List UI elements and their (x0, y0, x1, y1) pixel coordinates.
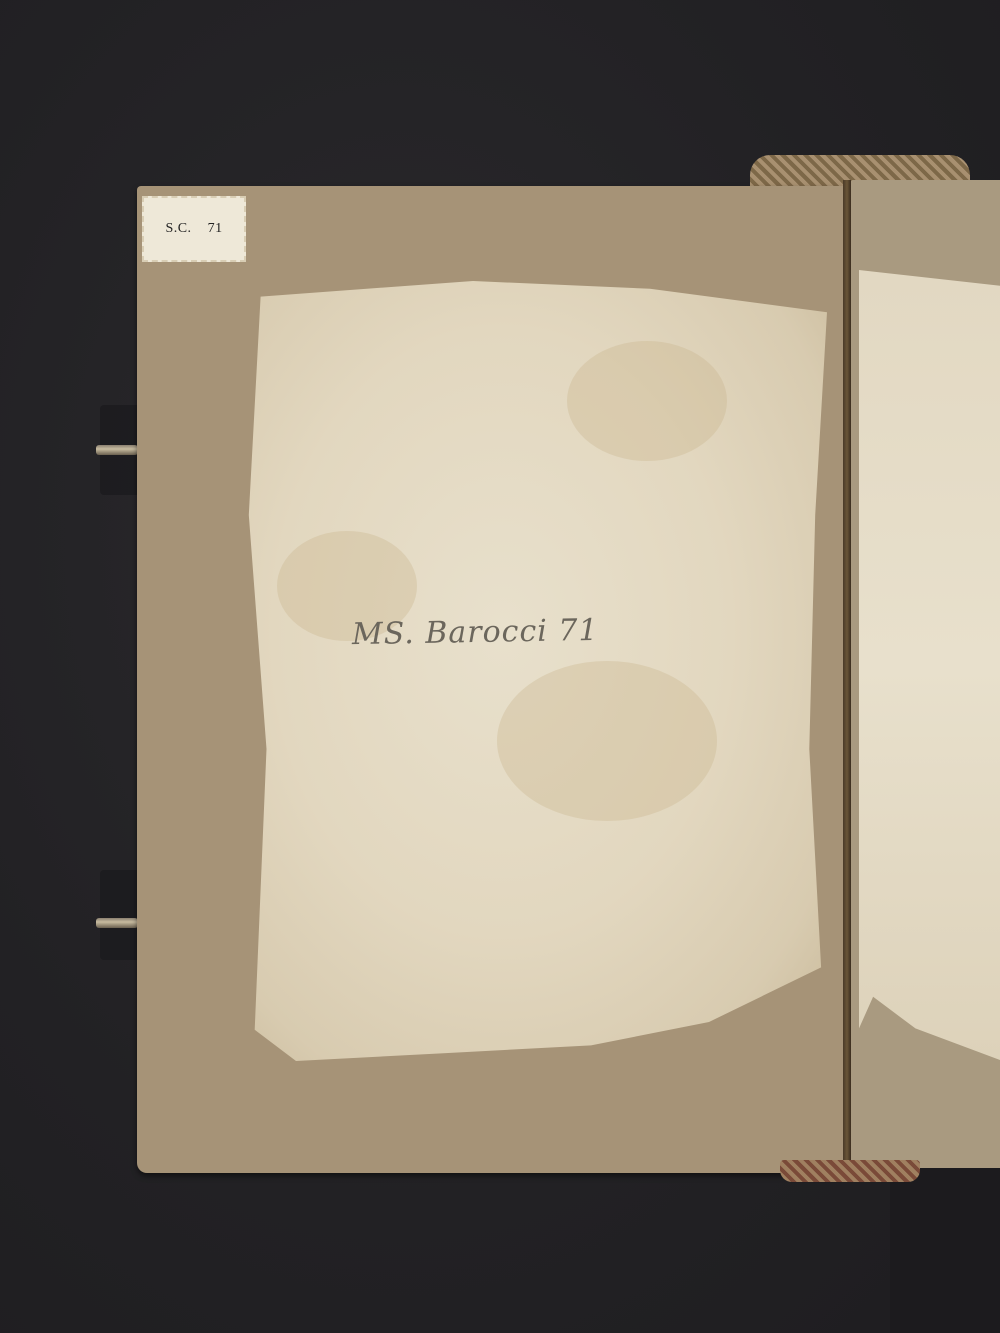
clasp-pin-bottom (96, 918, 138, 928)
clasp-pin-top (96, 445, 138, 455)
pencil-inscription: MS. Barocci 71 (352, 613, 599, 652)
spine-gutter (843, 180, 851, 1165)
facing-page-stain (859, 270, 1000, 1060)
water-stain-area (237, 281, 827, 1061)
stain-blotch (497, 661, 717, 821)
shelfmark-prefix: S.C. (165, 221, 191, 237)
facing-page (851, 180, 1000, 1168)
headband-bottom (780, 1160, 920, 1182)
shelfmark-number: 71 (208, 221, 223, 237)
pastedown-page (137, 186, 845, 1173)
shelfmark-label: S.C. 71 (142, 196, 246, 262)
stain-blotch (567, 341, 727, 461)
clasp-shadow-bottom (100, 870, 140, 960)
